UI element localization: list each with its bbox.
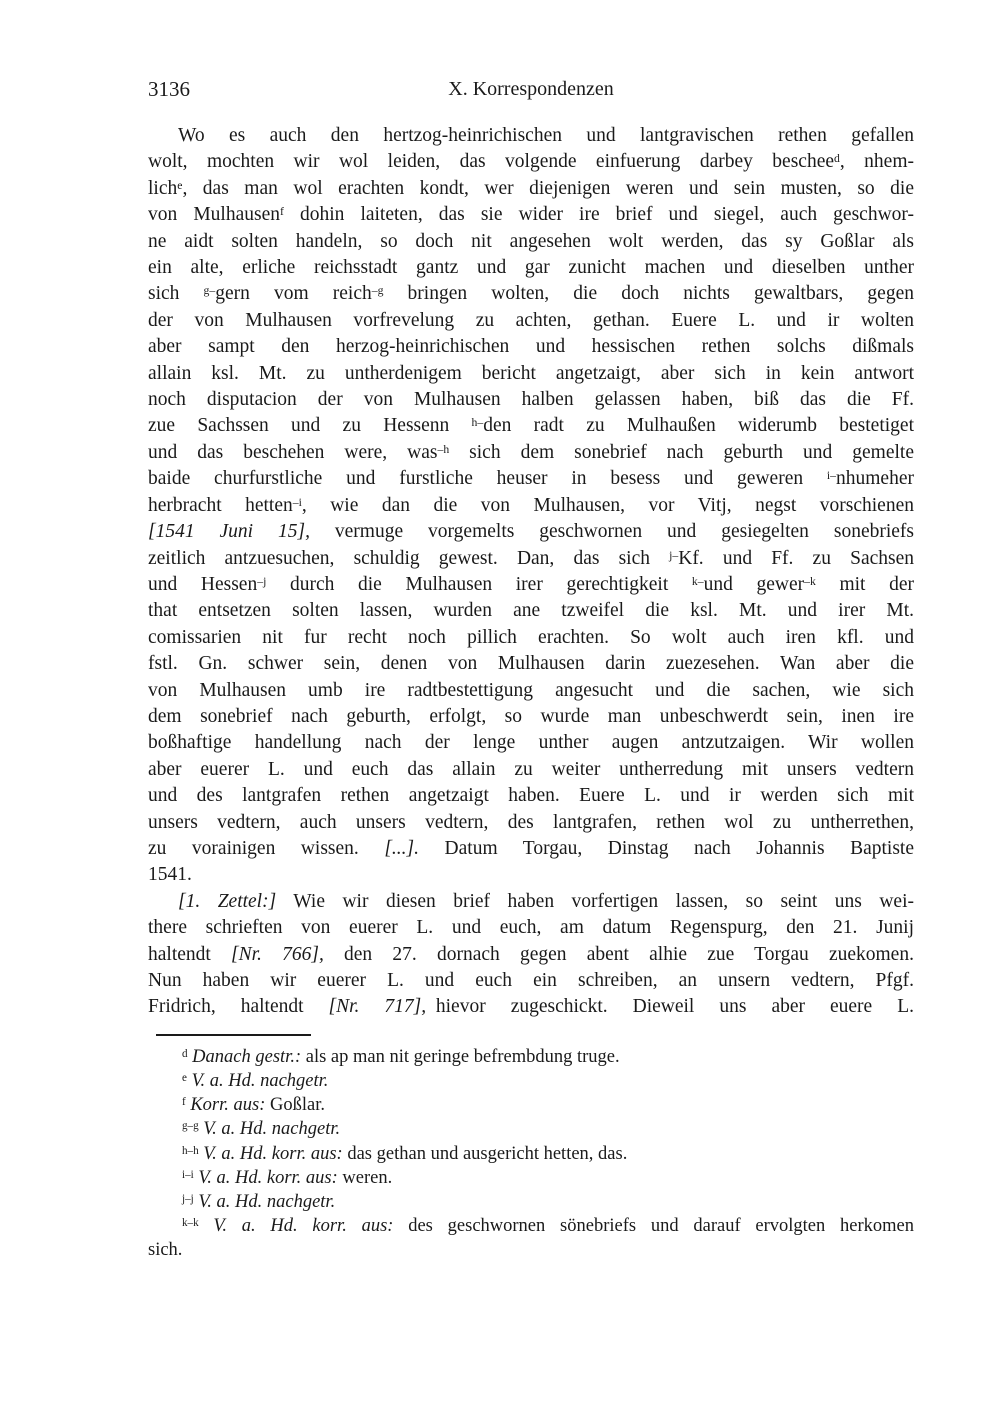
page-number: 3136 bbox=[148, 76, 190, 102]
body-line: boßhaftige handellung nach der lenge unt… bbox=[148, 730, 914, 756]
page-content: 3136 X. Korrespondenzen Wo es auch den h… bbox=[148, 76, 914, 1263]
footnote-line: d Danach gestr.: als ap man nit geringe … bbox=[148, 1045, 914, 1069]
footnote-line: h–h V. a. Hd. korr. aus: das gethan und … bbox=[148, 1142, 914, 1166]
body-line: [1. Zettel:] Wie wir diesen brief haben … bbox=[148, 889, 914, 915]
body-line: und das beschehen were, was–h sich dem s… bbox=[148, 440, 914, 466]
body-line: dem sonebrief nach geburth, erfolgt, so … bbox=[148, 704, 914, 730]
footnote-separator bbox=[156, 1034, 311, 1036]
body-line: comissarien nit fur recht noch pillich e… bbox=[148, 625, 914, 651]
body-line: zu vorainigen wissen. [...]. Datum Torga… bbox=[148, 836, 914, 862]
body-line: von Mulhausenf dohin laiteten, das sie w… bbox=[148, 202, 914, 228]
book-page: 3136 X. Korrespondenzen Wo es auch den h… bbox=[0, 0, 1004, 1418]
body-line: liche, das man wol erachten kondt, wer d… bbox=[148, 176, 914, 202]
footnote-line: f Korr. aus: Goßlar. bbox=[148, 1093, 914, 1117]
body-line: there schrieften von euerer L. und euch,… bbox=[148, 915, 914, 941]
body-line: Wo es auch den hertzog-heinrichischen un… bbox=[148, 123, 914, 149]
body-line: unsers vedtern, auch unsers vedtern, des… bbox=[148, 810, 914, 836]
body-line: ein alte, erliche reichsstadt gantz und … bbox=[148, 255, 914, 281]
body-line: und des lantgrafen rethen angetzaigt hab… bbox=[148, 783, 914, 809]
body-line: zue Sachssen und zu Hessenn h–den radt z… bbox=[148, 413, 914, 439]
footnote-line: e V. a. Hd. nachgetr. bbox=[148, 1069, 914, 1093]
body-line: sich g–gern vom reich–g bringen wolten, … bbox=[148, 281, 914, 307]
footnote-line: i–i V. a. Hd. korr. aus: weren. bbox=[148, 1166, 914, 1190]
body-line: allain ksl. Mt. zu untherdenigem bericht… bbox=[148, 361, 914, 387]
body-line: ne aidt solten handeln, so doch nit ange… bbox=[148, 229, 914, 255]
body-line: haltendt [Nr. 766], den 27. dornach gege… bbox=[148, 942, 914, 968]
footnote-line: k–k V. a. Hd. korr. aus: des geschwornen… bbox=[148, 1214, 914, 1238]
section-title: X. Korrespondenzen bbox=[148, 76, 914, 102]
footnote-line: g–g V. a. Hd. nachgetr. bbox=[148, 1117, 914, 1141]
letter-text: Wo es auch den hertzog-heinrichischen un… bbox=[148, 123, 914, 1021]
body-line: herbracht hetten–i, wie dan die von Mulh… bbox=[148, 493, 914, 519]
body-line: fstl. Gn. schwer sein, denen von Mulhaus… bbox=[148, 651, 914, 677]
body-line: [1541 Juni 15], vermuge vorgemelts gesch… bbox=[148, 519, 914, 545]
body-line: baide churfurstliche und furstliche heus… bbox=[148, 466, 914, 492]
body-line: von Mulhausen umb ire radtbestettigung a… bbox=[148, 678, 914, 704]
body-line: wolt, mochten wir wol leiden, das volgen… bbox=[148, 149, 914, 175]
body-line: Fridrich, haltendt [Nr. 717], hievor zug… bbox=[148, 994, 914, 1020]
body-line: aber sampt den herzog-heinrichischen und… bbox=[148, 334, 914, 360]
running-head: 3136 X. Korrespondenzen bbox=[148, 76, 914, 102]
body-line: aber euerer L. und euch das allain zu we… bbox=[148, 757, 914, 783]
body-line: und Hessen–j durch die Mulhausen irer ge… bbox=[148, 572, 914, 598]
body-line: 1541. bbox=[148, 862, 914, 888]
body-line: der von Mulhausen vorfrevelung zu achten… bbox=[148, 308, 914, 334]
body-line: Nun haben wir euerer L. und euch ein sch… bbox=[148, 968, 914, 994]
footnote-line: j–j V. a. Hd. nachgetr. bbox=[148, 1190, 914, 1214]
body-line: that entsetzen solten lassen, wurden ane… bbox=[148, 598, 914, 624]
body-line: noch disputacion der von Mulhausen halbe… bbox=[148, 387, 914, 413]
critical-apparatus: d Danach gestr.: als ap man nit geringe … bbox=[148, 1045, 914, 1263]
body-line: zeitlich antzuesuchen, schuldig gewest. … bbox=[148, 546, 914, 572]
footnote-line: sich. bbox=[148, 1238, 914, 1262]
